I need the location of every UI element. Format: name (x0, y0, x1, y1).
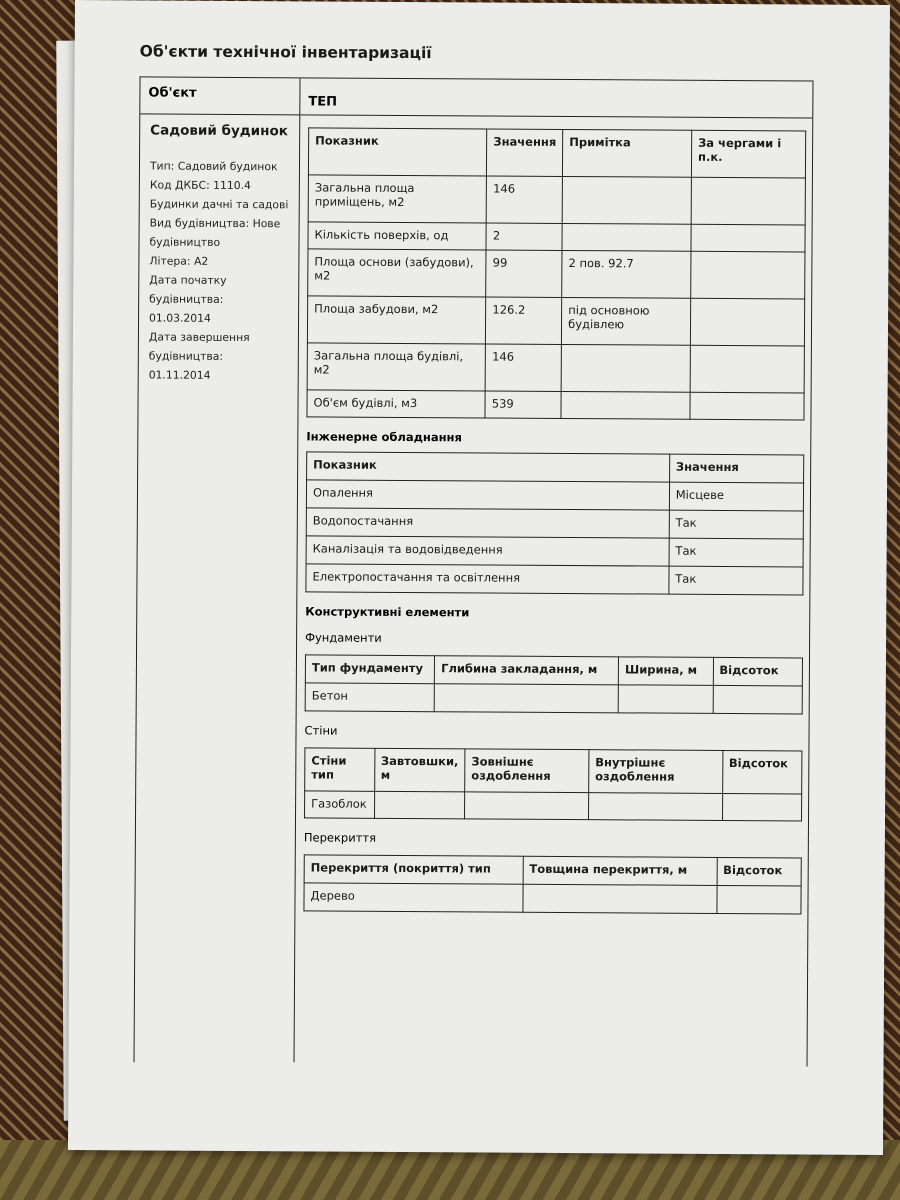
walls-header-exterior: Зовнішнє оздоблення (465, 749, 589, 793)
table-row: Газоблок (305, 791, 802, 821)
cell: Місцеве (669, 482, 803, 511)
cell (713, 685, 803, 714)
object-details: Садовий будинок Тип: Садовий будинок Код… (135, 114, 301, 1062)
cell (691, 251, 805, 299)
cell (691, 177, 805, 225)
table-row: Загальна площа будівлі, м2 146 (307, 343, 804, 393)
cell (374, 791, 465, 819)
cell (523, 884, 717, 913)
table-row: Опалення Місцеве (306, 480, 803, 511)
cell (562, 223, 691, 251)
object-type: Тип: Садовий будинок (150, 156, 289, 176)
page-title: Об'єкти технічної інвентаризації (140, 42, 432, 62)
cell: 2 пов. 92.7 (562, 250, 691, 298)
object-name: Садовий будинок (150, 122, 289, 139)
foundations-title: Фундаменти (305, 630, 803, 647)
object-letter: Літера: А2 (149, 251, 288, 271)
floors-header-type: Перекриття (покриття) тип (304, 855, 523, 884)
tep-header-note: Примітка (563, 129, 692, 177)
cell: Електропостачання та освітлення (306, 564, 669, 594)
cell (562, 176, 691, 224)
cell: 126.2 (486, 297, 562, 344)
cell: Загальна площа будівлі, м2 (307, 343, 486, 391)
cell: 146 (486, 176, 562, 223)
cell (722, 793, 802, 820)
cell (434, 684, 618, 713)
cell (716, 885, 801, 914)
table-row: Площа забудови, м2 126.2 під основною бу… (307, 296, 804, 346)
foundations-table: Тип фундаменту Глибина закладання, м Шир… (305, 654, 803, 714)
cell (690, 345, 804, 393)
fund-header-width: Ширина, м (618, 657, 713, 686)
cell (588, 793, 722, 821)
tep-table: Показник Значення Примітка За чергами і … (306, 127, 806, 420)
fund-header-type: Тип фундаменту (305, 655, 434, 684)
structural-title: Конструктивні елементи (305, 604, 803, 621)
walls-title: Стіни (304, 723, 802, 740)
cell: 99 (486, 250, 562, 297)
construction-start: Дата початку будівництва: 01.03.2014 (149, 270, 288, 328)
object-category: Будинки дачні та садові (150, 194, 289, 214)
cell: Каналізація та водовідведення (306, 536, 669, 566)
cell: Кількість поверхів, од (308, 222, 486, 250)
cell: Так (669, 510, 803, 539)
cell: Так (669, 566, 803, 595)
cell (690, 392, 804, 420)
cell: Бетон (305, 683, 434, 712)
cell: Площа забудови, м2 (307, 296, 486, 344)
table-row: Загальна площа приміщень, м2 146 (308, 175, 805, 225)
floors-table: Перекриття (покриття) тип Товщина перекр… (303, 854, 801, 914)
object-info: Тип: Садовий будинок Код ДКБС: 1110.4 Бу… (149, 156, 289, 385)
cell: 146 (485, 344, 561, 391)
floors-title: Перекриття (304, 830, 802, 847)
cell: Об'єм будівлі, м3 (307, 390, 485, 418)
cell: 2 (486, 223, 562, 250)
table-row: Об'єм будівлі, м3 539 (307, 390, 804, 420)
cell (465, 792, 589, 820)
object-column-header: Об'єкт (140, 77, 300, 114)
tep-details: Показник Значення Примітка За чергами і … (295, 115, 813, 1065)
eng-header-value: Значення (669, 454, 803, 483)
fund-header-depth: Глибина закладання, м (435, 656, 619, 685)
table-row: Площа основи (забудови), м2 99 2 пов. 92… (308, 249, 805, 299)
inventory-table: Об'єкт ТЕП Садовий будинок Тип: Садовий … (134, 76, 814, 1066)
cell: Водопостачання (306, 508, 669, 538)
walls-header-interior: Внутрішнє оздоблення (589, 750, 723, 794)
engineering-table: Показник Значення Опалення Місцеве Водоп… (305, 451, 804, 595)
cell: Газоблок (305, 791, 375, 818)
cell: 539 (485, 391, 561, 418)
cell: під основною будівлею (562, 297, 691, 345)
walls-header-thickness: Завтовшки, м (374, 748, 465, 792)
table-row: Кількість поверхів, од 2 (308, 222, 805, 252)
tep-header-value: Значення (487, 129, 563, 176)
table-row: Дерево (304, 883, 801, 914)
fund-header-percent: Відсоток (713, 657, 803, 686)
cell (690, 298, 804, 346)
engineering-title: Інженерне обладнання (306, 429, 804, 446)
cell: Загальна площа приміщень, м2 (308, 175, 487, 223)
cell: Опалення (306, 480, 669, 510)
cell (691, 224, 805, 252)
document-sheet: Об'єкти технічної інвентаризації Об'єкт … (68, 0, 890, 1155)
cell: Дерево (304, 883, 523, 912)
cell (618, 685, 713, 714)
construction-kind: Вид будівництва: Нове будівництво (149, 213, 288, 252)
tep-header-stages: За чергами і п.к. (691, 130, 805, 178)
tep-column-header: ТЕП (300, 78, 812, 117)
table-row: Каналізація та водовідведення Так (306, 536, 803, 567)
object-code: Код ДКБС: 1110.4 (150, 175, 289, 195)
cell: Площа основи (забудови), м2 (308, 249, 487, 297)
floors-header-percent: Відсоток (717, 857, 802, 886)
walls-header-type: Стіни тип (305, 748, 375, 791)
eng-header-indicator: Показник (307, 452, 670, 482)
table-row: Водопостачання Так (306, 508, 803, 539)
construction-end: Дата завершення будівництва: 01.11.2014 (149, 327, 288, 385)
table-row: Електропостачання та освітлення Так (306, 564, 803, 595)
cell (561, 344, 690, 392)
table-row: Бетон (305, 683, 802, 714)
cell: Так (669, 538, 803, 567)
cell (561, 391, 690, 419)
tep-header-indicator: Показник (308, 128, 487, 176)
walls-table: Стіни тип Завтовшки, м Зовнішнє оздоблен… (304, 747, 802, 821)
inventory-table-header: Об'єкт ТЕП (140, 77, 812, 118)
walls-header-percent: Відсоток (722, 750, 802, 793)
floors-header-thickness: Товщина перекриття, м (523, 856, 717, 885)
